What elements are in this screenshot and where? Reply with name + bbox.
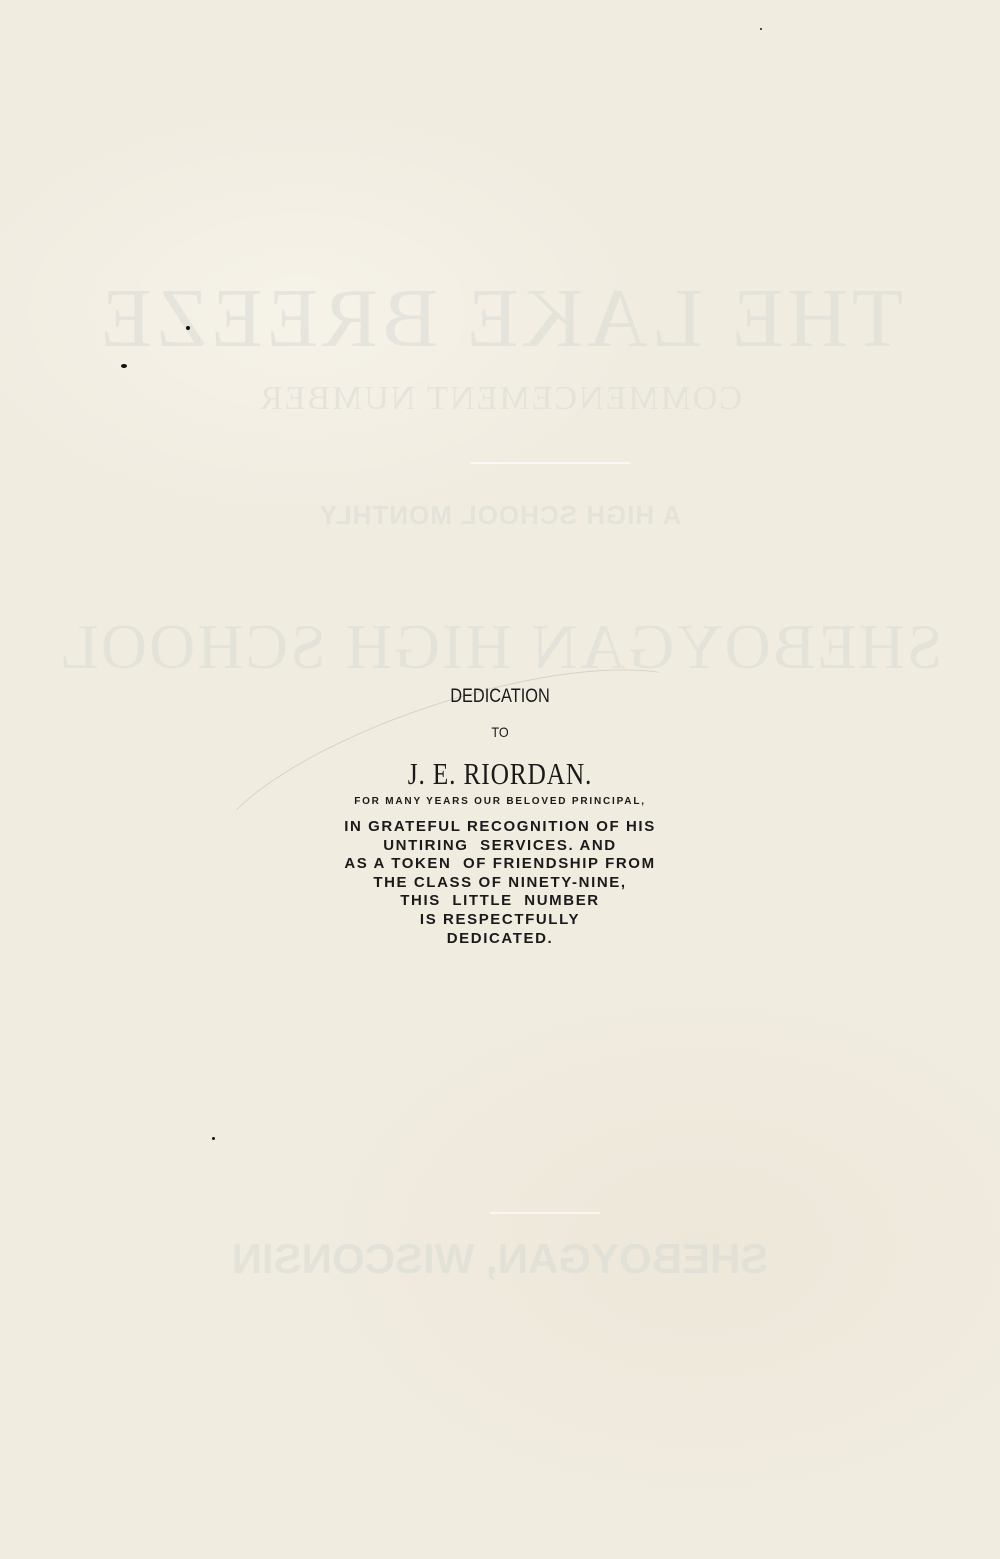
dedication-line: IS RESPECTFULLY (0, 911, 1000, 930)
bleed-through-rule-2 (490, 1212, 600, 1214)
bleed-through-subtitle: COMMENCEMENT NUMBER (0, 380, 1000, 418)
ink-speck (760, 28, 762, 30)
dedication-body: IN GRATEFUL RECOGNITION OF HIS UNTIRING … (0, 818, 1000, 948)
bleed-through-title: THE LAKE BREEZE (0, 270, 1000, 367)
dedication-line: IN GRATEFUL RECOGNITION OF HIS (0, 818, 1000, 837)
dedication-line: THIS LITTLE NUMBER (0, 892, 1000, 911)
bleed-through-school: SHEBOYGAN HIGH SCHOOL (0, 610, 1000, 684)
dedication-heading: DEDICATION (70, 686, 930, 708)
dedication-line: THE CLASS OF NINETY-NINE, (0, 874, 1000, 893)
dedication-line: UNTIRING SERVICES. AND (0, 837, 1000, 856)
ink-speck (212, 1137, 215, 1140)
dedication-line: DEDICATED. (0, 930, 1000, 949)
bleed-through-rule (470, 462, 630, 464)
bleed-through-place: SHEBOYGAN, WISCONSIN (0, 1235, 1000, 1283)
ink-speck (121, 364, 127, 368)
dedicatee-name: J. E. RIORDAN. (90, 756, 910, 792)
dedication-line: AS A TOKEN OF FRIENDSHIP FROM (0, 855, 1000, 874)
bleed-through-tagline: A HIGH SCHOOL MONTHLY (0, 500, 1000, 531)
dedicatee-title: FOR MANY YEARS OUR BELOVED PRINCIPAL, (0, 796, 1000, 807)
dedication-to: TO (50, 724, 950, 740)
ink-speck (186, 326, 190, 330)
